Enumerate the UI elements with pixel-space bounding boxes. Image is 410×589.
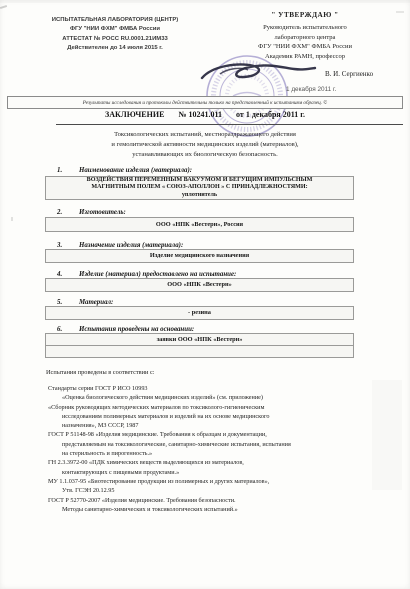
- standard-line: ГОСТ Р 51148-98 «Изделия медицинские. Тр…: [48, 430, 378, 439]
- signer-name: В. И. Сергиенко: [325, 70, 373, 78]
- scan-artifact: [0, 0, 410, 3]
- conclusion-title: ЗАКЛЮЧЕНИЕ: [105, 110, 164, 119]
- section-heading-2: 2. Изготовитель:: [57, 209, 126, 216]
- section-heading-4: 4. Изделие (материал) предоставлено на и…: [57, 271, 236, 278]
- section-heading-5: 5. Материал:: [57, 299, 113, 306]
- standard-line: Стандарты серии ГОСТ Р ИСО 10993: [48, 384, 378, 393]
- standard-line: представляемым на токсикологические, сан…: [48, 440, 378, 449]
- section-number: 4.: [57, 271, 79, 278]
- scan-artifact: [0, 5, 7, 9]
- lab-name: ИСПЫТАТЕЛЬНАЯ ЛАБОРАТОРИЯ (ЦЕНТР): [20, 16, 210, 25]
- standard-line: Утв. ГСЭН 20.12.95: [48, 486, 378, 495]
- standard-line: ГН 2.3.3972-00 «ПДК химических веществ в…: [48, 458, 378, 467]
- standards-list: Стандарты серии ГОСТ Р ИСО 10993 «Оценка…: [48, 384, 378, 514]
- standard-line: «Сборник руководящих методических матери…: [48, 403, 378, 412]
- subtitle-line: Токсикологических испытаний, местнораздр…: [0, 130, 410, 140]
- standard-line: назначения», МЗ СССР, 1987: [48, 421, 378, 430]
- standard-line: «Оценка биологического действия медицинс…: [48, 393, 378, 402]
- scanned-document-page: ИСПЫТАТЕЛЬНАЯ ЛАБОРАТОРИЯ (ЦЕНТР) ФГУ "Н…: [0, 0, 410, 589]
- subtitle-line: устанавливающих их биологическую безопас…: [0, 150, 410, 160]
- standard-line: МУ 1.1.037-95 «Биотестирование продукции…: [48, 477, 378, 486]
- answer-box-basis-empty: [45, 345, 354, 358]
- product-name-line: МАГНИТНЫМ ПОЛЕМ « СОЮЗ-АПОЛЛОН » С ПРИНА…: [91, 184, 307, 191]
- approval-line: Руководитель испытательного: [213, 23, 397, 33]
- answer-box-product-name: ВОЗДЕЙСТВИЯ ПЕРЕМЕННЫМ ВАКУУМОМ И БЕГУЩИ…: [45, 176, 354, 200]
- scan-artifact: [396, 11, 404, 13]
- section-heading-1: 1. Наименование изделия (материала):: [57, 167, 192, 174]
- section-number: 2.: [57, 209, 79, 216]
- section-label: Изготовитель:: [79, 209, 126, 216]
- section-number: 3.: [57, 242, 79, 249]
- section-number: 6.: [57, 326, 79, 333]
- answer-box-purpose: Изделие медицинского назначения: [45, 249, 354, 263]
- standard-line: ГОСТ Р 52770-2007 «Изделия медицинские. …: [48, 496, 378, 505]
- standard-line: контактирующих с пищевыми продуктами.»: [48, 468, 378, 477]
- conclusion-date: от 1 декабря 2011 г.: [236, 110, 305, 119]
- section-label: Испытания проведены на основании:: [79, 326, 194, 333]
- approval-title: " УТВЕРЖДАЮ ": [213, 10, 397, 21]
- conclusion-number: № 10241.011: [178, 110, 222, 119]
- signature: [198, 56, 318, 90]
- product-name-line: ВОЗДЕЙСТВИЯ ПЕРЕМЕННЫМ ВАКУУМОМ И БЕГУЩИ…: [87, 177, 313, 184]
- headline-rule: [56, 124, 403, 125]
- section-number: 1.: [57, 167, 79, 174]
- section-label: Назначение изделия (материала):: [79, 242, 183, 249]
- disclaimer-strip: Результаты исследования и протоколы дейс…: [7, 96, 403, 109]
- laboratory-header-block: ИСПЫТАТЕЛЬНАЯ ЛАБОРАТОРИЯ (ЦЕНТР) ФГУ "Н…: [20, 16, 210, 54]
- conclusion-subtitle: Токсикологических испытаний, местнораздр…: [0, 130, 410, 160]
- standard-line: на стерильность и пирогенность.»: [48, 449, 378, 458]
- standard-line: исследованиям полимерных материалов и из…: [48, 412, 378, 421]
- conclusion-headline: ЗАКЛЮЧЕНИЕ № 10241.011 от 1 декабря 2011…: [0, 110, 410, 119]
- section-number: 5.: [57, 299, 79, 306]
- section-label: Изделие (материал) предоставлено на испы…: [79, 271, 236, 278]
- lab-valid-until: Действителен до 14 июля 2015 г.: [20, 44, 210, 53]
- scan-artifact: [11, 217, 13, 221]
- standard-line: Методы санитарно-химических и токсиколог…: [48, 505, 378, 514]
- answer-box-manufacturer: ООО «НПК «Вестерн», Россия: [45, 217, 354, 232]
- section-heading-3: 3. Назначение изделия (материала):: [57, 242, 183, 249]
- lab-org: ФГУ "НИИ ФХМ" ФМБА России: [20, 25, 210, 34]
- section-heading-6: 6. Испытания проведены на основании:: [57, 326, 194, 333]
- answer-box-provided-by: ООО «НПК «Вестерн»: [45, 278, 354, 292]
- approval-date: 1 декабря 2011 г.: [286, 86, 336, 93]
- product-name-line: уплотнитель: [182, 192, 217, 199]
- lab-certificate-number: АТТЕСТАТ № РОСС RU.0001.21ИМ33: [20, 35, 210, 44]
- answer-box-material: - резина: [45, 306, 354, 320]
- approval-line: лабораторного центра: [213, 33, 397, 43]
- subtitle-line: и гемолитической активности медицинских …: [0, 140, 410, 150]
- section-label: Материал:: [79, 299, 113, 306]
- standards-intro: Испытания проведены в соответствии с:: [46, 369, 155, 376]
- section-label: Наименование изделия (материала):: [79, 167, 192, 174]
